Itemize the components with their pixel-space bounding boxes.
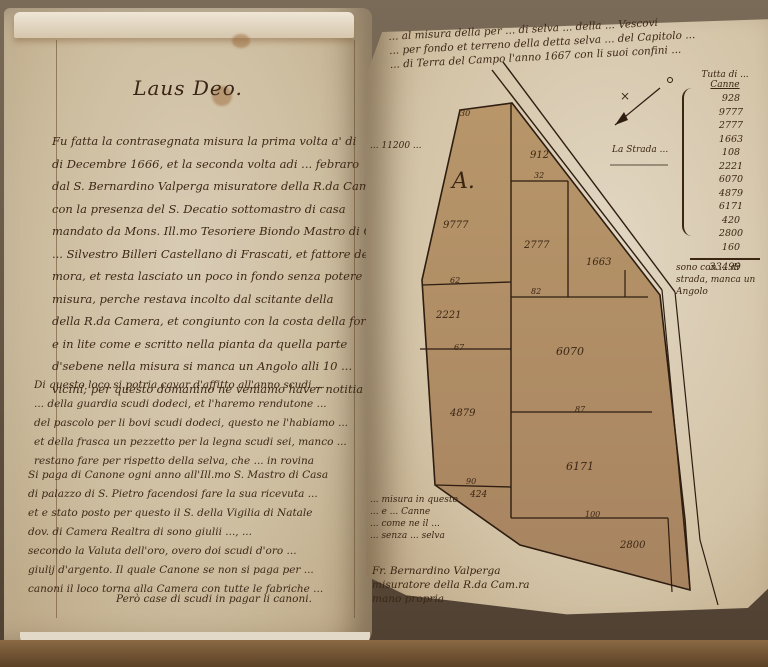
legend-subtitle: Canne bbox=[690, 80, 760, 90]
parcel-label: A. bbox=[450, 169, 475, 194]
legend-row: 2800 bbox=[690, 227, 760, 241]
text-line: della R.da Camera, et congiunto con la c… bbox=[52, 310, 368, 333]
text-line: del pascolo per li bovi scudi dodeci, qu… bbox=[34, 414, 364, 433]
legend-row: 6070 bbox=[690, 173, 760, 187]
text-line: et e stato posto per questo il S. della … bbox=[28, 504, 364, 523]
text-line: mora, et resta lasciato un poco in fondo… bbox=[52, 265, 368, 288]
text-line: con la presenza del S. Decatio sottomast… bbox=[52, 198, 368, 221]
text-line: dal S. Bernardino Valperga misuratore de… bbox=[52, 175, 368, 198]
legend-row: 2221 bbox=[690, 160, 760, 174]
text-line: secondo la Valuta dell'oro, overo doi sc… bbox=[28, 542, 364, 561]
bottom-note: ... misura in questo ... e ... Canne ...… bbox=[370, 494, 510, 542]
paragraph-1: Fu fatta la contrasegnata misura la prim… bbox=[52, 130, 368, 400]
text-line: dov. di Camera Realtra di sono giulii ..… bbox=[28, 523, 364, 542]
text-line: Si paga di Canone ogni anno all'Ill.mo S… bbox=[28, 466, 364, 485]
svg-text:67: 67 bbox=[454, 343, 465, 352]
legend-row: 4879 bbox=[690, 187, 760, 201]
svg-text:2800: 2800 bbox=[619, 540, 646, 551]
text-line: Fu fatta la contrasegnata misura la prim… bbox=[52, 130, 368, 153]
legend-row: 108 bbox=[690, 146, 760, 160]
legend-row: 420 bbox=[690, 214, 760, 228]
area-legend: Tutta di ... Canne 928 9777 2777 1663 10… bbox=[690, 70, 760, 273]
svg-text:1663: 1663 bbox=[586, 257, 611, 268]
svg-text:×: × bbox=[620, 89, 630, 103]
legend-row: 928 bbox=[690, 92, 760, 106]
ink-stain bbox=[232, 34, 250, 48]
svg-text:2221: 2221 bbox=[435, 310, 461, 321]
text-line: et della frasca un pezzetto per la legna… bbox=[34, 433, 364, 452]
legend-row: 2777 bbox=[690, 119, 760, 133]
legend-row: 1663 bbox=[690, 133, 760, 147]
text-line: d'sebene nella misura si manca un Angolo… bbox=[52, 355, 368, 378]
legend-row: 6171 bbox=[690, 200, 760, 214]
svg-text:2777: 2777 bbox=[523, 240, 550, 251]
left-manuscript-page: Laus Deo. Fu fatta la contrasegnata misu… bbox=[4, 8, 372, 648]
legend-row: 9777 bbox=[690, 106, 760, 120]
page-heading: Laus Deo. bbox=[4, 76, 372, 100]
svg-text:62: 62 bbox=[450, 276, 460, 285]
text-line: ... della guardia scudi dodeci, et l'har… bbox=[34, 395, 364, 414]
text-line: e in lite come e scritto nella pianta da… bbox=[52, 333, 368, 356]
left-margin-note: ... 11200 ... bbox=[370, 140, 422, 152]
text-line: giulij d'argento. Il quale Canone se non… bbox=[28, 561, 364, 580]
svg-text:La Strada ...: La Strada ... bbox=[611, 145, 668, 155]
paragraph-2: Di questo loco si potria cavar d'affitto… bbox=[34, 376, 364, 471]
paragraph-3: Si paga di Canone ogni anno all'Ill.mo S… bbox=[28, 466, 364, 599]
closing-line: Però case di scudi in pagar li canoni. bbox=[116, 588, 356, 611]
svg-text:4879: 4879 bbox=[449, 408, 476, 419]
svg-text:6070: 6070 bbox=[556, 345, 584, 358]
svg-text:912: 912 bbox=[530, 150, 549, 161]
svg-text:100: 100 bbox=[585, 510, 600, 519]
text-line: mandato da Mons. Ill.mo Tesoriere Biondo… bbox=[52, 220, 368, 243]
svg-text:32: 32 bbox=[534, 171, 544, 180]
text-line: di Decembre 1666, et la seconda volta ad… bbox=[52, 153, 368, 176]
svg-text:90: 90 bbox=[466, 477, 476, 486]
surveyor-signature: Fr. Bernardino Valperga misuratore della… bbox=[372, 564, 552, 606]
svg-text:9777: 9777 bbox=[443, 220, 469, 231]
svg-text:82: 82 bbox=[531, 287, 541, 296]
text-line: misura, perche restava incolto dal scita… bbox=[52, 288, 368, 311]
side-note: sono con ... di strada, manca un Angolo bbox=[676, 262, 764, 298]
legend-row: 160 bbox=[690, 241, 760, 255]
svg-text:87: 87 bbox=[575, 405, 586, 414]
text-line: di palazzo di S. Pietro facendosi fare l… bbox=[28, 485, 364, 504]
text-line: Di questo loco si potria cavar d'affitto… bbox=[34, 376, 364, 395]
svg-text:6171: 6171 bbox=[566, 460, 594, 473]
svg-text:30: 30 bbox=[460, 109, 470, 118]
table-surface bbox=[0, 640, 768, 667]
page-top-fold bbox=[14, 12, 354, 38]
legend-title: Tutta di ... bbox=[690, 70, 760, 80]
text-line: ... Silvestro Billeri Castellano di Fras… bbox=[52, 243, 368, 266]
